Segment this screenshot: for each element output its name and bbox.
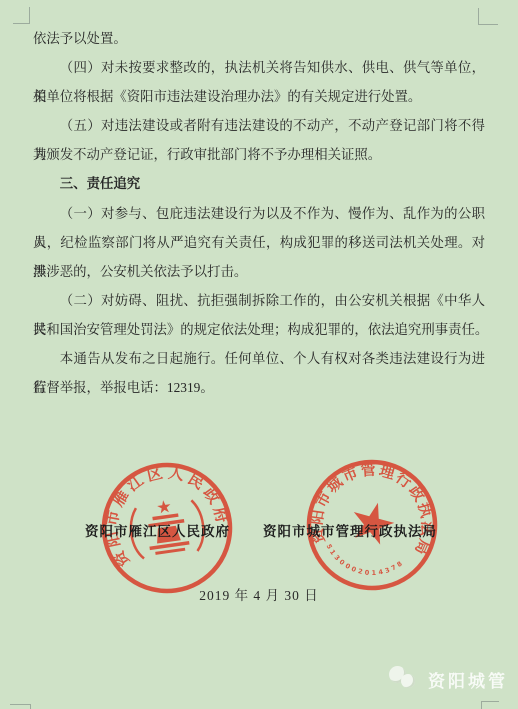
document-page: 依法予以处置。 （四）对未按要求整改的，执法机关将告知供水、供电、供气等单位，相… <box>0 0 518 709</box>
crop-mark-top-right <box>478 8 498 25</box>
doc-heading-responsibility: 三、责任追究 <box>33 169 485 198</box>
doc-line: 依法予以处置。 <box>33 24 485 53</box>
document-date: 2019 年 4 月 30 日 <box>0 584 518 604</box>
watermark-text: 资阳城管 <box>428 667 508 692</box>
document-body: 依法予以处置。 （四）对未按要求整改的，执法机关将告知供水、供电、供气等单位，相… <box>33 24 485 402</box>
doc-line: 共和国治安管理处罚法》的规定依法处理；构成犯罪的，依法追究刑事责任。 <box>33 315 485 344</box>
doc-line: （二）对妨碍、阻扰、抗拒强制拆除工作的，由公安机关根据《中华人民 <box>33 286 485 315</box>
signature-left-government: 资阳市雁江区人民政府 <box>85 523 230 541</box>
doc-line: 其颁发不动产登记证，行政审批部门将不予办理相关证照。 <box>33 140 485 169</box>
doc-line: （一）对参与、包庇违法建设行为以及不作为、慢作为、乱作为的公职人 <box>33 199 485 228</box>
seal-code-text: 5130002014378 <box>320 540 406 586</box>
ziyang-chengguan-logo-icon <box>389 665 421 693</box>
doc-line: 监督举报，举报电话：12319。 <box>33 373 485 402</box>
crop-mark-top-left <box>13 7 30 24</box>
crop-mark-bottom-right <box>481 701 499 709</box>
doc-line: 员，纪检监察部门将从严追究有关责任，构成犯罪的移送司法机关处理。对涉 <box>33 228 485 257</box>
svg-text:5130002014378: 5130002014378 <box>320 540 406 586</box>
doc-line: 关单位将根据《资阳市违法建设治理办法》的有关规定进行处置。 <box>33 82 485 111</box>
signature-right-bureau: 资阳市城市管理行政执法局 <box>263 523 437 541</box>
doc-line: 本通告从发布之日起施行。任何单位、个人有权对各类违法建设行为进行 <box>33 344 485 373</box>
watermark: 资阳城管 <box>389 665 508 693</box>
crop-mark-bottom-left <box>10 704 31 709</box>
doc-line: （四）对未按要求整改的，执法机关将告知供水、供电、供气等单位，相 <box>33 53 485 82</box>
doc-line: （五）对违法建设或者附有违法建设的不动产，不动产登记部门将不得为 <box>33 111 485 140</box>
doc-line: 黑涉恶的，公安机关依法予以打击。 <box>33 257 485 286</box>
